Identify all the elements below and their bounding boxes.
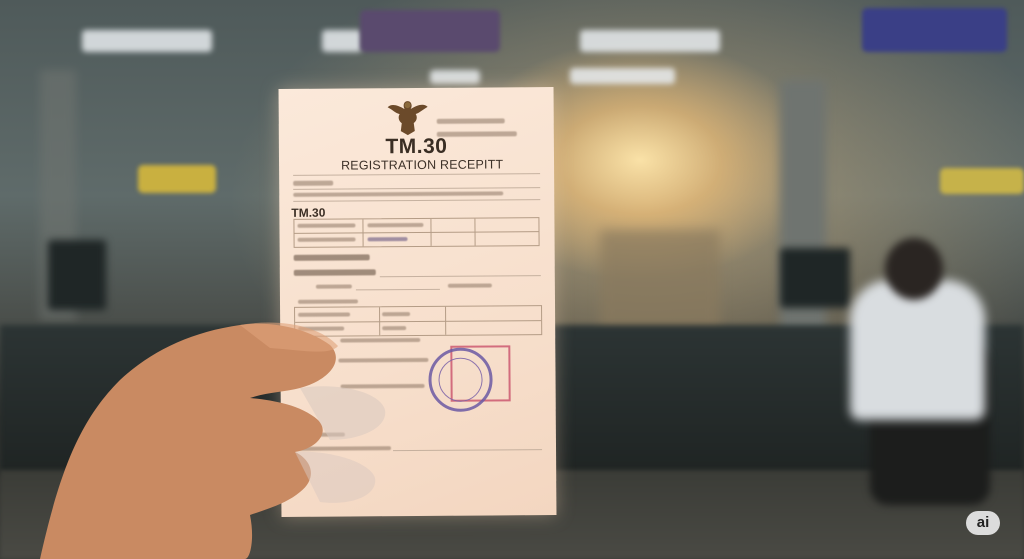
hand-holding-document — [0, 0, 1024, 559]
ai-generated-badge: ai — [966, 511, 1000, 535]
